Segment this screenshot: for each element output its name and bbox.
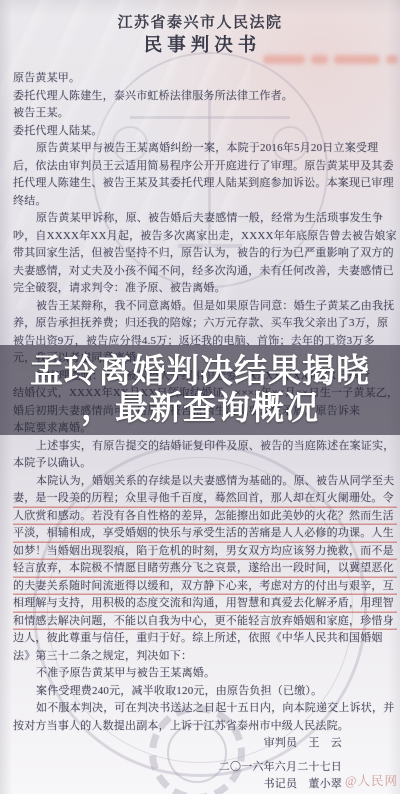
document-line: 被告王某辩称，我不同意离婚。但是如果原告同意：婚生子黄某乙由我抚 (13, 298, 397, 316)
document-line: 如不服本判决，可在判决书送达之日起十五日内，向本院递交上诉状，并 (13, 700, 397, 718)
document-line: 原告黄某甲诉称，原、被告婚后夫妻感情一般，经常为生活琐事发生争 (13, 210, 397, 228)
document-line: 和情感去解决问题，不能以自我为中心，更不能轻言放弃婚姻和家庭，珍惜身 (13, 613, 397, 631)
document-line: 轻言放弃，本院极不情愿目睹劳燕分飞之哀景，遂给出一段时间，以冀望恶化 (13, 560, 397, 578)
document-line: 被告王某。 (13, 105, 397, 123)
document-line: 二〇一六年六月二十七日 (13, 759, 397, 777)
headline-line1: 孟玲离婚判决结果揭晓 (30, 353, 370, 390)
redaction-blob (311, 55, 328, 64)
document-line: 人欣赏和感动。若没有各自性格的差异，怎能擦出如此美妙的火花？然而生活 (13, 508, 397, 526)
document-line: 不准予原告黄某甲与被告王某离婚。 (13, 665, 397, 683)
document-line: 本院认为，婚姻关系的存续是以夫妻感情为基础的。原、被告从同学至夫 (13, 473, 397, 491)
document-line: 的夫妻关系随时间流逝得以缓和，双方静下心来，考虑对方的付出与艰辛，互 (13, 578, 397, 596)
document-line: 审判员 王 云 (13, 735, 397, 753)
document-line: 本院予以确认。 (13, 455, 397, 473)
judgment-photo: 江苏省泰兴市人民法院 民事判决书 原告黄某甲。委托代理人陈建生，泰兴市虹桥法律服… (0, 0, 400, 794)
document-line: 相理解与支持，用积极的态度交流和沟通，用智慧和真爱去化解矛盾，用理智 (13, 595, 397, 613)
document-line: 吵，自XXXX年XX月起，被告多次离家出走，XXXX年年底原告曾去被告娘家 (13, 228, 397, 246)
headline-overlay: 孟玲离婚判决结果揭晓 ，最新查询概况 (0, 345, 400, 435)
document-line: 平淡，相辅相成，享受婚姻的快乐与承受生活的苦痛是人人必修的功课。人生 (13, 525, 397, 543)
redaction-blob (263, 55, 305, 64)
document-line: 夫妻感情，对丈夫及小孩不闻不问，经多次沟通，未有任何改善，夫妻感情已 (13, 263, 397, 281)
document-line: 养，原告承担抚养费；归还我的陪嫁；六万元存款、买车我父亲出了3万，原 (13, 315, 397, 333)
document-line: 完全破裂，请求判令：准予原、被告离婚。 (13, 280, 397, 298)
document-line: 按对方当事人的人数提出副本，上诉于江苏省泰州市中级人民法院。 (13, 718, 397, 736)
document-line: 案件受理费240元，减半收取120元，由原告负担（已缴）。 (13, 683, 397, 701)
document-line: 委托代理人陈建生，泰兴市虹桥法律服务所法律工作者。 (13, 88, 397, 106)
document-line: 如梦！当婚姻出现裂痕，陷于危机的时刻，男女双方均应该努力挽救，而不是 (13, 543, 397, 561)
headline-line2: ，最新查询概况 (81, 390, 319, 427)
document-line: 托代理人陈建生、被告王某及其委托代理人陆某到庭参加诉讼。本案现已审理 (13, 175, 397, 193)
document-line: 边人，彼此尊重与信任，重归于好。综上所述，依照《中华人民共和国婚姻 (13, 630, 397, 648)
document-line: 委托代理人陆某。 (13, 123, 397, 141)
document-line: 妻，是一段美的历程；众里寻他千百度，蓦然回首，那人却在灯火阑珊处。令 (13, 490, 397, 508)
redaction-blob (334, 55, 380, 64)
document-line: 带其回家生活，但被告坚持不归，原告认为，被告的行为已严重影响了双方的 (13, 245, 397, 263)
redaction-blob (386, 55, 398, 64)
court-name: 江苏省泰兴市人民法院 (0, 11, 400, 32)
document-line: 终结。 (13, 193, 397, 211)
document-line: 原告黄某甲。 (13, 70, 397, 88)
case-number-redacted (263, 53, 398, 65)
document-line: 法》第三十二条之规定，判决如下： (13, 648, 397, 666)
document-line: 后，依法由审判员王云适用简易程序公开开庭进行了审理。原告黄某甲及其委 (13, 158, 397, 176)
document-line: 上述事实，有原告提交的结婚证复印件及原、被告的当庭陈述在案证实， (13, 438, 397, 456)
credit-watermark: @人民网 (345, 771, 398, 789)
document-line: 书记员 董小翠 (13, 776, 397, 794)
document-line: 原告黄某甲与被告王某离婚纠纷一案，本院于2016年5月20日立案受理 (13, 140, 397, 158)
